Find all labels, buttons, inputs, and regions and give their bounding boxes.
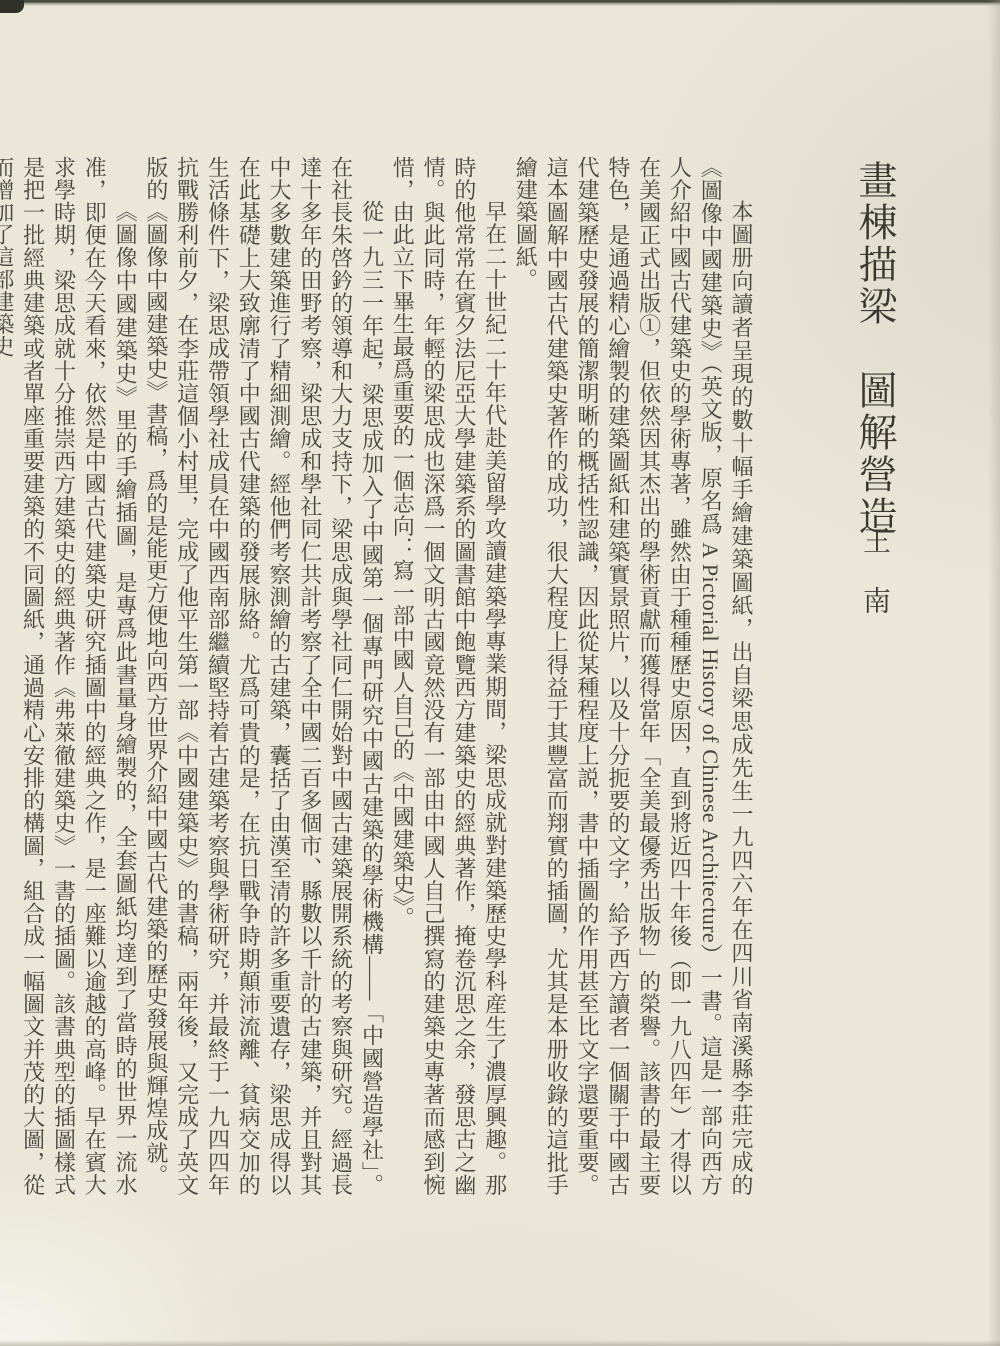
paragraph-3: 從一九三一年起，梁思成加入了中國第一個專門研究中國古建築的學術機構——「中國營造… [140, 156, 386, 1196]
article-title: 畫棟描梁 圖解營造 [846, 160, 902, 538]
scan-corner-top-left [0, 0, 24, 13]
scanned-page: 畫棟描梁 圖解營造 王 南 本圖册向讀者呈現的數十幅手繪建築圖紙，出自梁思成先生… [0, 0, 1000, 1346]
scan-edge-bottom [0, 1340, 1000, 1346]
paragraph-2: 早在二十世紀二十年代赴美留學攻讀建築學專業期間，梁思成就對建築歷史學科産生了濃厚… [386, 156, 509, 1196]
scan-edge-right [988, 0, 1000, 1346]
paragraph-1: 本圖册向讀者呈現的數十幅手繪建築圖紙，出自梁思成先生一九四六年在四川省南溪縣李莊… [510, 156, 756, 1196]
scan-edge-top [0, 0, 1000, 6]
article-body: 本圖册向讀者呈現的數十幅手繪建築圖紙，出自梁思成先生一九四六年在四川省南溪縣李莊… [44, 156, 756, 1196]
article-author: 王 南 [854, 526, 894, 616]
paragraph-4: 《圖像中國建築史》里的手繪插圖，是專爲此書量身繪製的，全套圖紙均達到了當時的世界… [0, 156, 140, 1196]
